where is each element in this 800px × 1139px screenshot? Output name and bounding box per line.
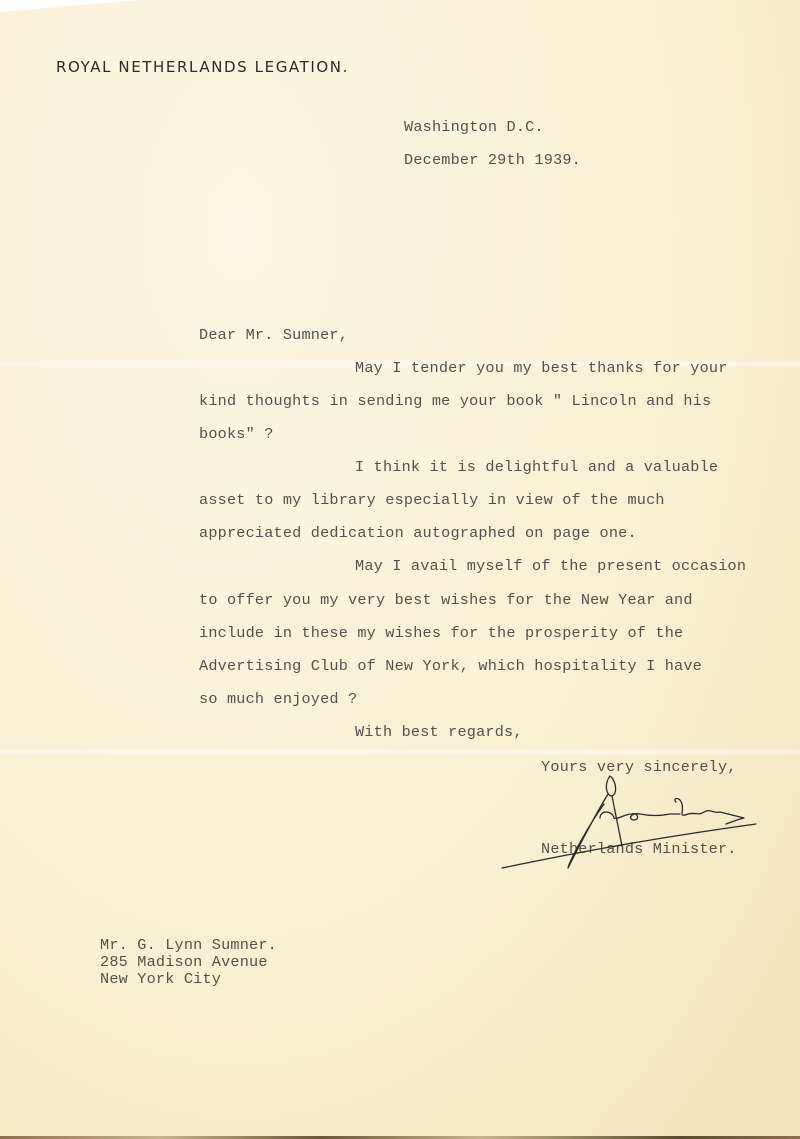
letterhead-title: Royal Netherlands Legation. <box>56 58 349 76</box>
recipient-street: 285 Madison Avenue <box>100 953 268 971</box>
body-line: appreciated dedication autographed on pa… <box>199 524 637 542</box>
body-line: to offer you my very best wishes for the… <box>199 591 693 609</box>
closing-regards: With best regards, <box>355 723 523 741</box>
body-line: kind thoughts in sending me your book " … <box>199 392 711 410</box>
letterhead: Royal Netherlands Legation. <box>56 58 349 76</box>
salutation: Dear Mr. Sumner, <box>199 326 348 344</box>
recipient-name: Mr. G. Lynn Sumner. <box>100 936 277 954</box>
letter-place: Washington D.C. <box>404 118 544 136</box>
recipient-city: New York City <box>100 970 221 988</box>
body-line: I think it is delightful and a valuable <box>355 458 718 476</box>
body-line: books" ? <box>199 425 274 443</box>
body-line: Advertising Club of New York, which hosp… <box>199 657 702 675</box>
body-line: asset to my library especially in view o… <box>199 491 665 509</box>
handwritten-signature-icon <box>500 774 770 874</box>
body-line: May I tender you my best thanks for your <box>355 359 728 377</box>
body-line: so much enjoyed ? <box>199 690 357 708</box>
body-line: May I avail myself of the present occasi… <box>355 557 746 575</box>
letter-date: December 29th 1939. <box>404 151 581 169</box>
body-line: include in these my wishes for the prosp… <box>199 624 683 642</box>
